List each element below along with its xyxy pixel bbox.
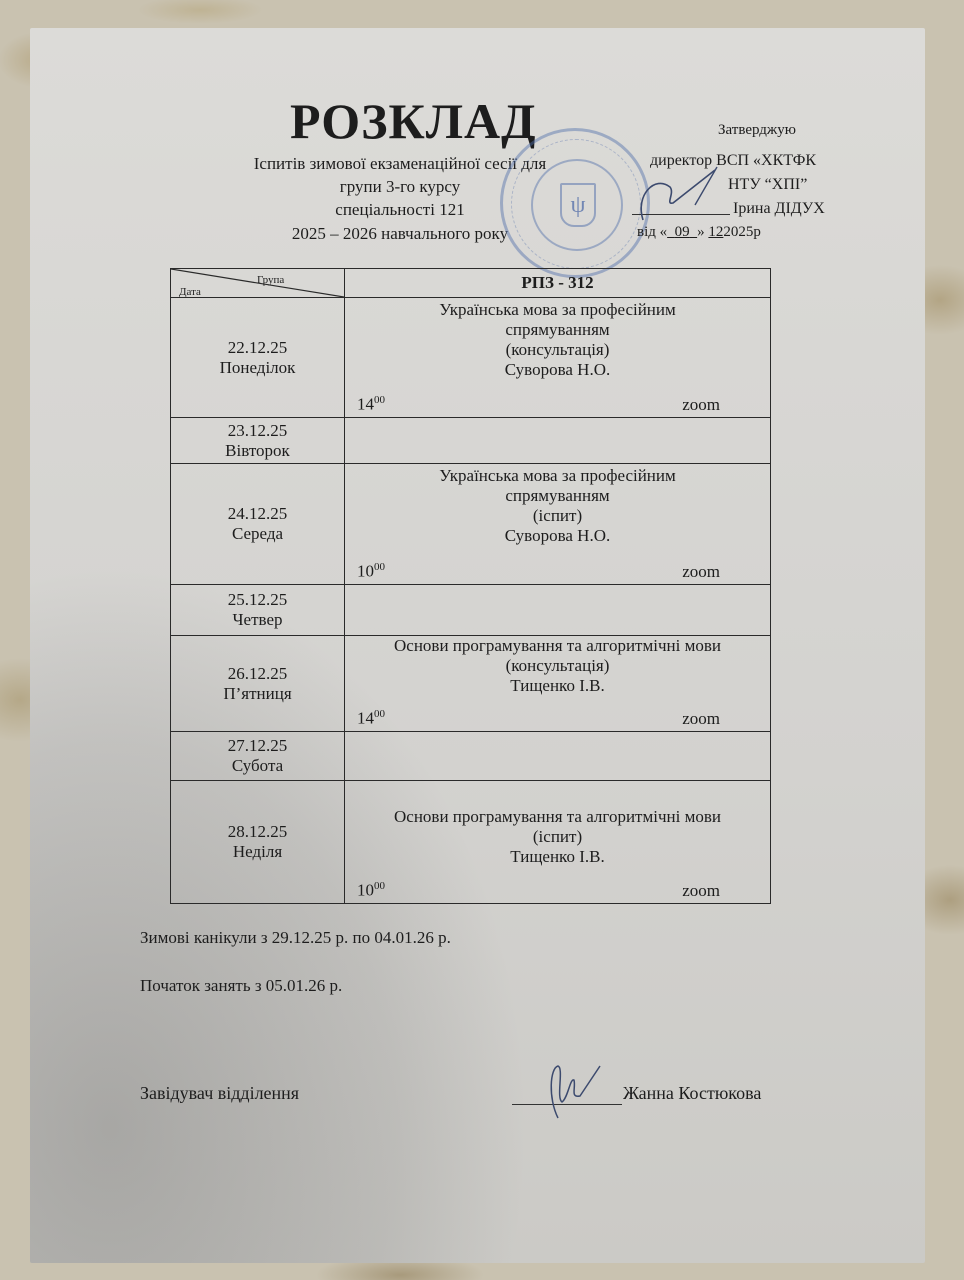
trident-icon: ψ	[560, 183, 596, 227]
date-value: 28.12.25	[171, 822, 344, 842]
head-name: Жанна Костюкова	[623, 1083, 761, 1104]
exam-cell	[345, 418, 771, 464]
exam-cell: Українська мова за професійнимспрямуванн…	[345, 464, 771, 585]
exam-time: 1000	[357, 876, 385, 901]
exam-line: (консультація)	[345, 656, 770, 676]
approval-date-year: 2025р	[723, 224, 761, 240]
exam-cell: Основи програмування та алгоритмічні мов…	[345, 636, 771, 732]
header-group-name: РПЗ - 312	[345, 269, 771, 298]
exam-mode: zoom	[682, 395, 720, 415]
table-header-row: Група Дата РПЗ - 312	[171, 269, 771, 298]
date-cell: 22.12.25Понеділок	[171, 298, 345, 418]
date-value: 24.12.25	[171, 504, 344, 524]
header-group-label: Група	[257, 270, 284, 290]
approval-date: від « 09 » 122025р	[637, 224, 761, 241]
header-date-label: Дата	[179, 282, 201, 298]
weekday: Вівторок	[171, 441, 344, 461]
date-cell: 24.12.25Середа	[171, 464, 345, 585]
date-value: 22.12.25	[171, 338, 344, 358]
exam-line: Суворова Н.О.	[345, 360, 770, 380]
exam-line: спрямуванням	[345, 486, 770, 506]
approval-name: Ірина ДІДУХ	[733, 200, 825, 218]
date-cell: 23.12.25Вівторок	[171, 418, 345, 464]
date-cell: 27.12.25Субота	[171, 732, 345, 781]
exam-line: Українська мова за професійним	[345, 466, 770, 486]
header-corner-cell: Група Дата	[171, 269, 345, 298]
approval-date-month: 12	[708, 224, 723, 240]
exam-line: Основи програмування та алгоритмічні мов…	[345, 807, 770, 827]
exam-line: Суворова Н.О.	[345, 526, 770, 546]
exam-cell: Основи програмування та алгоритмічні мов…	[345, 781, 771, 904]
exam-cell	[345, 732, 771, 781]
exam-mode: zoom	[682, 709, 720, 729]
approval-date-prefix: від «	[637, 224, 667, 240]
exam-schedule-table: Група Дата РПЗ - 312 22.12.25ПонеділокУк…	[170, 268, 771, 904]
table-row: 27.12.25Субота	[171, 732, 771, 781]
exam-line: (іспит)	[345, 506, 770, 526]
weekday: Субота	[171, 756, 344, 776]
exam-line: (консультація)	[345, 340, 770, 360]
approval-date-mid: »	[697, 224, 705, 240]
exam-time: 1000	[357, 557, 385, 582]
table-row: 25.12.25Четвер	[171, 585, 771, 636]
weekday: Понеділок	[171, 358, 344, 378]
weekday: П’ятниця	[171, 684, 344, 704]
official-stamp: ψ	[500, 128, 650, 278]
exam-cell	[345, 585, 771, 636]
exam-mode: zoom	[682, 562, 720, 582]
date-cell: 28.12.25Неділя	[171, 781, 345, 904]
exam-line: (іспит)	[345, 827, 770, 847]
table-row: 28.12.25НеділяОснови програмування та ал…	[171, 781, 771, 904]
date-cell: 25.12.25Четвер	[171, 585, 345, 636]
exam-mode: zoom	[682, 881, 720, 901]
date-value: 25.12.25	[171, 590, 344, 610]
exam-line: спрямуванням	[345, 320, 770, 340]
weekday: Четвер	[171, 610, 344, 630]
director-signature	[635, 165, 725, 225]
approval-label: Затверджую	[718, 122, 796, 139]
document-title: РОЗКЛАД	[290, 92, 537, 150]
table-row: 23.12.25Вівторок	[171, 418, 771, 464]
table-row: 24.12.25СередаУкраїнська мова за професі…	[171, 464, 771, 585]
date-value: 26.12.25	[171, 664, 344, 684]
exam-time: 1400	[357, 704, 385, 729]
approval-date-day: 09	[667, 224, 697, 240]
table-row: 26.12.25П’ятницяОснови програмування та …	[171, 636, 771, 732]
head-signature	[540, 1058, 610, 1123]
exam-line: Тищенко І.В.	[345, 847, 770, 867]
exam-line: Українська мова за професійним	[345, 300, 770, 320]
weekday: Середа	[171, 524, 344, 544]
exam-line: Тищенко І.В.	[345, 676, 770, 696]
head-title: Завідувач відділення	[140, 1083, 299, 1104]
approval-position-2: НТУ “ХПІ”	[728, 176, 807, 194]
exam-cell: Українська мова за професійнимспрямуванн…	[345, 298, 771, 418]
date-cell: 26.12.25П’ятниця	[171, 636, 345, 732]
exam-line: Основи програмування та алгоритмічні мов…	[345, 636, 770, 656]
weekday: Неділя	[171, 842, 344, 862]
holidays-note: Зимові канікули з 29.12.25 р. по 04.01.2…	[140, 928, 451, 948]
classes-start-note: Початок занять з 05.01.26 р.	[140, 976, 342, 996]
date-value: 27.12.25	[171, 736, 344, 756]
exam-time: 1400	[357, 390, 385, 415]
date-value: 23.12.25	[171, 421, 344, 441]
table-row: 22.12.25ПонеділокУкраїнська мова за проф…	[171, 298, 771, 418]
